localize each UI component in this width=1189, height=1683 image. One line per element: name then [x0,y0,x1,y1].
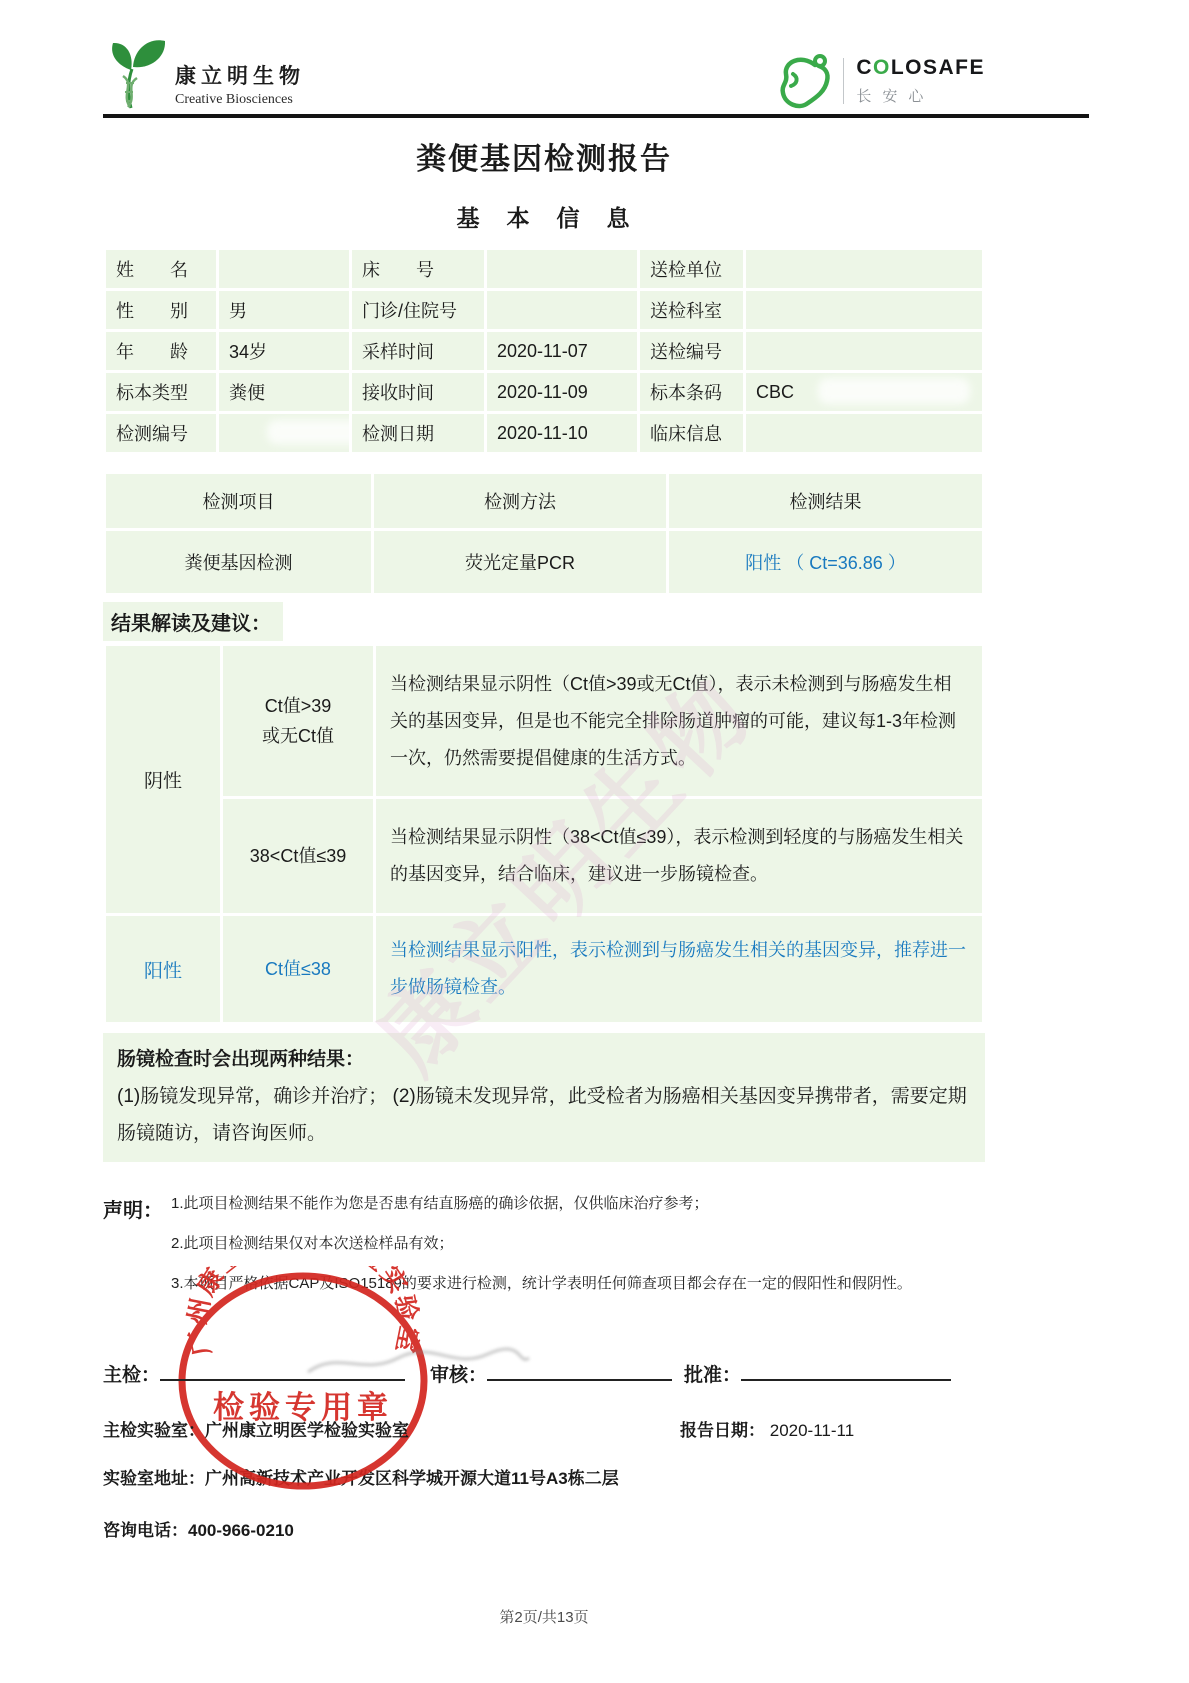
testno-value-cell [219,414,349,452]
note-body: (1)肠镜发现异常，确诊并治疗； (2)肠镜未发现异常，此受检者为肠癌相关基因变… [117,1078,971,1152]
left-logo-text: 康立明生物 Creative Biosciences [175,60,305,108]
header-rule [103,114,1089,118]
right-logo-text: COLOSAFE 长安心 [856,56,985,106]
approver-signature-line [741,1364,951,1381]
table-row: 年 龄 34岁 采样时间 2020-11-07 送检编号 [106,332,982,370]
field-label: 临床信息 [640,414,743,452]
field-value [746,291,982,329]
field-label: 标本类型 [106,373,216,411]
field-label: 姓 名 [106,250,216,288]
report-date-label: 报告日期： [680,1421,765,1440]
field-value: 2020-11-10 [487,414,637,452]
test-method: 荧光定量PCR [374,531,666,593]
field-value [746,332,982,370]
lab-label: 主检实验室： [103,1421,205,1440]
field-label: 送检编号 [640,332,743,370]
field-label: 年 龄 [106,332,216,370]
phone-value: 400-966-0210 [188,1521,294,1540]
statement-item: 2.此项目检测结果仅对本次送检样品有效； [171,1232,912,1256]
test-item: 粪便基因检测 [106,531,371,593]
lab-name: 广州康立明医学检验实验室 [205,1421,409,1440]
address-label: 实验室地址： [103,1469,205,1488]
logo-divider [843,58,844,104]
approver-label: 批准： [684,1360,741,1387]
leaf-dna-icon [103,36,169,110]
ct-range: Ct值>39 或无Ct值 [223,646,373,796]
interpretation-text: 当检测结果显示阳性，表示检测到与肠癌发生相关的基因变异，推荐进一步做肠镜检查。 [376,916,982,1022]
lab-line: 主检实验室：广州康立明医学检验实验室 报告日期： 2020-11-11 [103,1417,985,1445]
examiner-label: 主检： [103,1360,160,1387]
brand-cn: 长安心 [856,85,985,106]
results-table: 检测项目 检测方法 检测结果 粪便基因检测 荧光定量PCR 阳性 （ Ct=36… [103,471,985,596]
results-header-row: 检测项目 检测方法 检测结果 [106,474,982,528]
field-label: 门诊/住院号 [352,291,484,329]
report-page: 康立明生物 Creative Biosciences COLOSAFE 长安心 … [0,0,1189,1683]
table-row: 姓 名 床 号 送检单位 [106,250,982,288]
colonoscopy-note: 肠镜检查时会出现两种结果： (1)肠镜发现异常，确诊并治疗； (2)肠镜未发现异… [103,1033,985,1162]
field-value: 男 [219,291,349,329]
ct-range: 38<Ct值≤39 [223,799,373,913]
redaction-smudge [818,378,970,404]
field-label: 标本条码 [640,373,743,411]
interpretation-text: 当检测结果显示阴性（Ct值>39或无Ct值），表示未检测到与肠癌发生相关的基因变… [376,646,982,796]
barcode-value-cell: CBC [746,373,982,411]
address-value: 广州高新技术产业开发区科学城开源大道11号A3栋二层 [205,1469,619,1488]
signature-area: 广州康立明医学检验实验室 检验专用章 主检： 审核： 批准： 主检实验室：广州康… [103,1360,985,1545]
statement-label: 声明： [103,1194,163,1312]
table-row: 性 别 男 门诊/住院号 送检科室 [106,291,982,329]
basic-info-table: 姓 名 床 号 送检单位 性 别 男 门诊/住院号 送检科室 年 龄 34岁 采… [103,247,985,455]
statement-section: 声明： 1.此项目检测结果不能作为您是否患有结直肠癌的确诊依据，仅供临床治疗参考… [103,1192,985,1312]
page-header: 康立明生物 Creative Biosciences COLOSAFE 长安心 [103,0,985,110]
interp-row-positive: 阳性 Ct值≤38 当检测结果显示阳性，表示检测到与肠癌发生相关的基因变异，推荐… [106,916,982,1022]
phone-label: 咨询电话： [103,1521,188,1540]
brand-letters-rest: LOSAFE [891,56,985,79]
page-number: 第2页/共13页 [103,1606,985,1627]
field-label: 接收时间 [352,373,484,411]
field-value: CBC [756,382,794,403]
column-header: 检测项目 [106,474,371,528]
field-value: 2020-11-07 [487,332,637,370]
section-basic-info-title: 基 本 信 息 [103,200,985,233]
statement-items: 1.此项目检测结果不能作为您是否患有结直肠癌的确诊依据，仅供临床治疗参考； 2.… [171,1192,912,1312]
address-line: 实验室地址：广州高新技术产业开发区科学城开源大道11号A3栋二层 [103,1465,985,1493]
redaction-smudge [267,420,349,444]
interp-row-negative-1: 阴性 Ct值>39 或无Ct值 当检测结果显示阴性（Ct值>39或无Ct值），表… [106,646,982,796]
field-value [746,414,982,452]
colosafe-wordmark: COLOSAFE [856,56,985,80]
column-header: 检测结果 [669,474,982,528]
field-value: 2020-11-09 [487,373,637,411]
interpretation-heading: 结果解读及建议： [103,602,283,641]
table-row: 检测编号 检测日期 2020-11-10 临床信息 [106,414,982,452]
statement-item: 3.本项目严格依据CAP及ISO15189的要求进行检测，统计学表明任何筛查项目… [171,1272,912,1296]
field-value: 34岁 [219,332,349,370]
report-title: 粪便基因检测报告 [103,134,985,178]
field-label: 送检科室 [640,291,743,329]
result-category: 阴性 [106,646,220,913]
report-date: 报告日期： 2020-11-11 [680,1417,854,1445]
handwritten-signature-smudge [303,1344,533,1380]
statement-item: 1.此项目检测结果不能作为您是否患有结直肠癌的确诊依据，仅供临床治疗参考； [171,1192,912,1216]
brand-letter-c: C [856,56,873,79]
result-category: 阳性 [106,916,220,1022]
colosafe-logo: COLOSAFE 长安心 [779,52,985,110]
ct-range: Ct值≤38 [223,916,373,1022]
left-logo-cn: 康立明生物 [175,60,305,90]
test-result: 阳性 （ Ct=36.86 ） [669,531,982,593]
field-value [487,250,637,288]
phone-line: 咨询电话：400-966-0210 [103,1517,985,1545]
field-value [219,250,349,288]
field-label: 床 号 [352,250,484,288]
field-value [487,291,637,329]
brand-letter-o: O [873,56,891,79]
report-date-value: 2020-11-11 [770,1421,854,1440]
field-value: 粪便 [219,373,349,411]
note-heading: 肠镜检查时会出现两种结果： [117,1041,971,1078]
field-label: 送检单位 [640,250,743,288]
field-label: 性 别 [106,291,216,329]
colon-heart-icon [779,52,833,110]
table-row: 标本类型 粪便 接收时间 2020-11-09 标本条码 CBC [106,373,982,411]
interpretation-text: 当检测结果显示阴性（38<Ct值≤39），表示检测到轻度的与肠癌发生相关的基因变… [376,799,982,913]
column-header: 检测方法 [374,474,666,528]
field-label: 采样时间 [352,332,484,370]
interp-row-negative-2: 38<Ct值≤39 当检测结果显示阴性（38<Ct值≤39），表示检测到轻度的与… [106,799,982,913]
field-value [746,250,982,288]
results-data-row: 粪便基因检测 荧光定量PCR 阳性 （ Ct=36.86 ） [106,531,982,593]
left-logo-en: Creative Biosciences [175,92,305,108]
field-label: 检测编号 [106,414,216,452]
field-label: 检测日期 [352,414,484,452]
interpretation-table: 阴性 Ct值>39 或无Ct值 当检测结果显示阴性（Ct值>39或无Ct值），表… [103,643,985,1025]
creative-biosciences-logo: 康立明生物 Creative Biosciences [103,36,305,110]
signature-row: 主检： 审核： 批准： [103,1360,985,1387]
